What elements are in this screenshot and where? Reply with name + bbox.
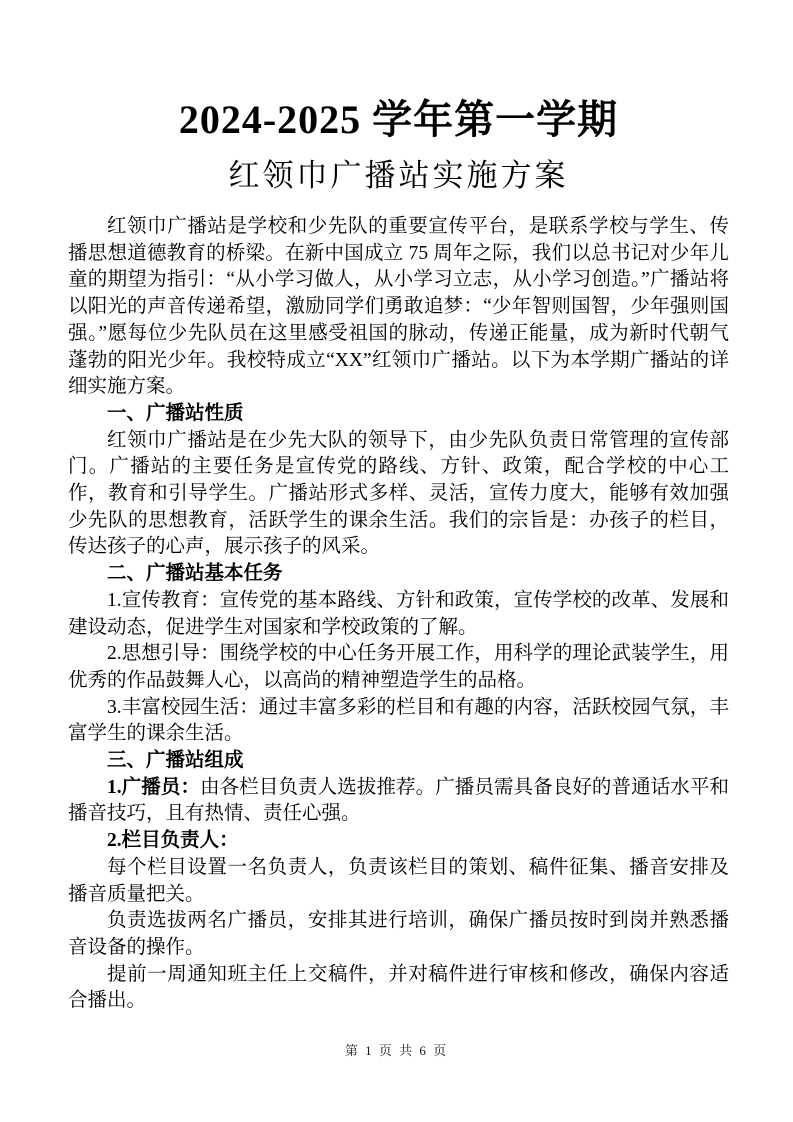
body-paragraph: 负责选拔两名广播员，安排其进行培训，确保广播员按时到岗并熟悉播音设备的操作。 xyxy=(68,908,729,961)
paragraph-text: 二、广播站基本任务 xyxy=(107,563,283,584)
paragraph-text: 2.思想引导：围绕学校的中心任务开展工作，用科学的理论武装学生，用优秀的作品鼓舞… xyxy=(68,643,729,691)
paragraph-text: 1.宣传教育：宣传党的基本路线、方针和政策，宣传学校的改革、发展和建设动态，促进… xyxy=(68,590,729,638)
document-page: 2024-2025 学年第一学期 红领巾广播站实施方案 红领巾广播站是学校和少先… xyxy=(0,0,793,1122)
paragraph-text: 提前一周通知班主任上交稿件，并对稿件进行审核和修改，确保内容适合播出。 xyxy=(68,964,729,1012)
paragraph-lead: 2.栏目负责人： xyxy=(107,830,239,851)
paragraph-text: 3.丰富校园生活：通过丰富多彩的栏目和有趣的内容，活跃校园气氛，丰富学生的课余生… xyxy=(68,697,729,745)
paragraph-text: 一、广播站性质 xyxy=(107,403,244,424)
section-heading: 一、广播站性质 xyxy=(68,401,729,428)
paragraph-text: 负责选拔两名广播员，安排其进行培训，确保广播员按时到岗并熟悉播音设备的操作。 xyxy=(68,910,729,958)
section-heading: 三、广播站组成 xyxy=(68,748,729,775)
document-body: 红领巾广播站是学校和少先队的重要宣传平台，是联系学校与学生、传播思想道德教育的桥… xyxy=(68,214,729,1015)
paragraph-lead: 1.广播员： xyxy=(107,777,200,798)
page-footer: 第 1 页 共 6 页 xyxy=(0,1040,793,1059)
body-paragraph: 1.广播员：由各栏目负责人选拔推荐。广播员需具备良好的普通话水平和播音技巧，且有… xyxy=(68,775,729,828)
body-paragraph: 3.丰富校园生活：通过丰富多彩的栏目和有趣的内容，活跃校园气氛，丰富学生的课余生… xyxy=(68,695,729,748)
paragraph-text: 三、广播站组成 xyxy=(107,750,244,771)
body-paragraph: 每个栏目设置一名负责人，负责该栏目的策划、稿件征集、播音安排及播音质量把关。 xyxy=(68,855,729,908)
document-subtitle: 红领巾广播站实施方案 xyxy=(68,154,729,198)
body-paragraph: 2.思想引导：围绕学校的中心任务开展工作，用科学的理论武装学生，用优秀的作品鼓舞… xyxy=(68,641,729,694)
paragraph-text: 红领巾广播站是在少先大队的领导下，由少先队负责日常管理的宣传部门。广播站的主要任… xyxy=(68,430,729,558)
body-paragraph: 红领巾广播站是学校和少先队的重要宣传平台，是联系学校与学生、传播思想道德教育的桥… xyxy=(68,214,729,401)
section-heading: 二、广播站基本任务 xyxy=(68,561,729,588)
body-paragraph: 2.栏目负责人： xyxy=(68,828,729,855)
body-paragraph: 提前一周通知班主任上交稿件，并对稿件进行审核和修改，确保内容适合播出。 xyxy=(68,962,729,1015)
document-title: 2024-2025 学年第一学期 xyxy=(68,94,729,146)
paragraph-text: 每个栏目设置一名负责人，负责该栏目的策划、稿件征集、播音安排及播音质量把关。 xyxy=(68,857,729,905)
body-paragraph: 红领巾广播站是在少先大队的领导下，由少先队负责日常管理的宣传部门。广播站的主要任… xyxy=(68,428,729,562)
body-paragraph: 1.宣传教育：宣传党的基本路线、方针和政策，宣传学校的改革、发展和建设动态，促进… xyxy=(68,588,729,641)
paragraph-text: 红领巾广播站是学校和少先队的重要宣传平台，是联系学校与学生、传播思想道德教育的桥… xyxy=(68,216,729,397)
